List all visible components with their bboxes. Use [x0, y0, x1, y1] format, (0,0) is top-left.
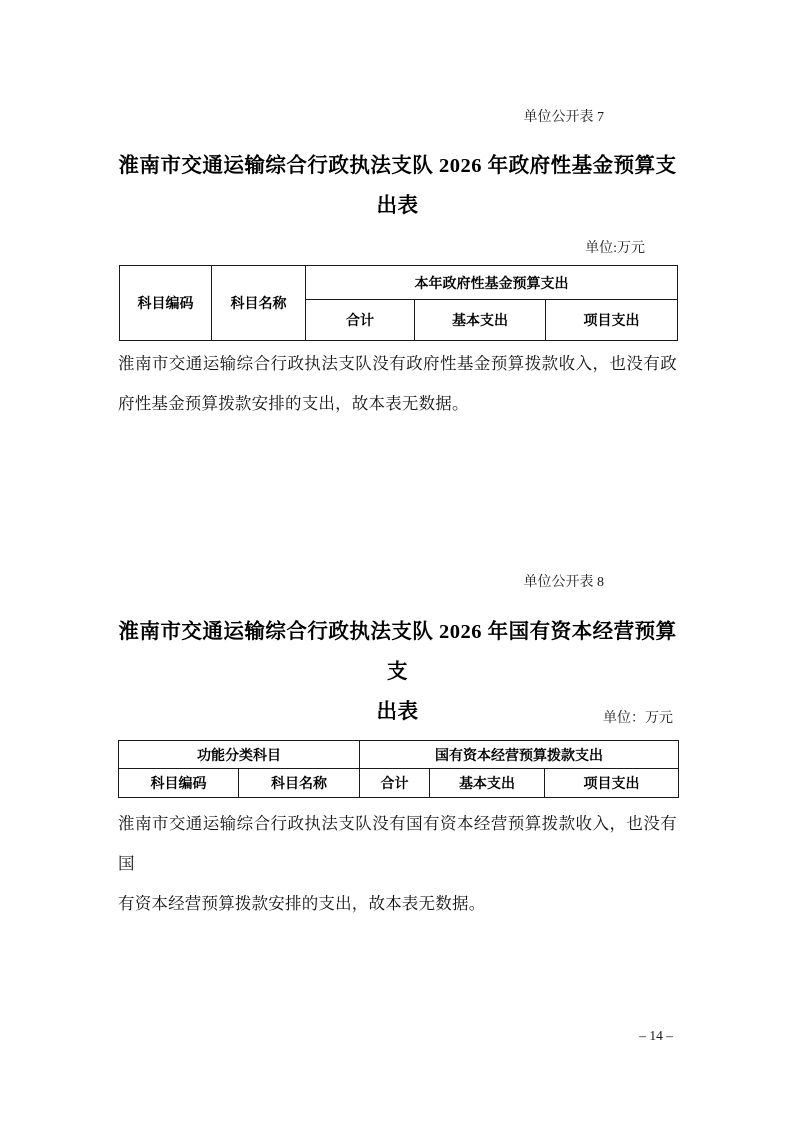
header-cell-subject-name: 科目名称 [212, 266, 306, 341]
sheet-label-7: 单位公开表 7 [524, 108, 605, 128]
gov-fund-note-paragraph: 淮南市交通运输综合行政执法支队没有政府性基金预算拨款收入，也没有政 府性基金预算… [118, 344, 677, 424]
state-capital-budget-table: 功能分类科目 国有资本经营预算拨款支出 科目编码 科目名称 合计 基本支出 项目… [118, 740, 679, 798]
header-cell-basic-expenditure: 基本支出 [415, 300, 546, 341]
header-cell-subject-code: 科目编码 [120, 266, 212, 341]
state-capital-note-line2: 有资本经营预算拨款安排的支出，故本表无数据。 [118, 884, 677, 924]
gov-fund-unit-label: 单位:万元 [585, 240, 645, 258]
gov-fund-table-title: 淮南市交通运输综合行政执法支队 2026 年政府性基金预算支 出表 [118, 146, 677, 226]
header-cell-gov-fund-group: 本年政府性基金预算支出 [306, 266, 678, 300]
header-cell-total: 合计 [360, 769, 430, 798]
state-capital-title-line2: 出表 [118, 692, 677, 732]
state-capital-unit-label: 单位：万元 [603, 710, 673, 728]
state-capital-note-line1: 淮南市交通运输综合行政执法支队没有国有资本经营预算拨款收入，也没有国 [118, 804, 677, 884]
state-capital-note-paragraph: 淮南市交通运输综合行政执法支队没有国有资本经营预算拨款收入，也没有国 有资本经营… [118, 804, 677, 924]
header-cell-subject-code: 科目编码 [119, 769, 239, 798]
gov-fund-title-line1: 淮南市交通运输综合行政执法支队 2026 年政府性基金预算支 [118, 146, 677, 186]
sheet-label-8: 单位公开表 8 [524, 573, 605, 593]
gov-fund-budget-table: 科目编码 科目名称 本年政府性基金预算支出 合计 基本支出 项目支出 [119, 265, 678, 341]
header-cell-project-expenditure: 项目支出 [546, 300, 678, 341]
gov-fund-title-line2: 出表 [118, 186, 677, 226]
header-cell-basic-expenditure: 基本支出 [430, 769, 545, 798]
gov-fund-note-line2: 府性基金预算拨款安排的支出，故本表无数据。 [118, 384, 677, 424]
header-cell-project-expenditure: 项目支出 [545, 769, 679, 798]
page-number: – 14 – [639, 1028, 673, 1044]
header-cell-total: 合计 [306, 300, 415, 341]
gov-fund-note-line1: 淮南市交通运输综合行政执法支队没有政府性基金预算拨款收入，也没有政 [118, 344, 677, 384]
state-capital-title-line1: 淮南市交通运输综合行政执法支队 2026 年国有资本经营预算支 [118, 612, 677, 692]
header-cell-state-capital-group: 国有资本经营预算拨款支出 [360, 741, 679, 769]
header-cell-function-classification-group: 功能分类科目 [119, 741, 360, 769]
header-cell-subject-name: 科目名称 [239, 769, 360, 798]
document-page: 单位公开表 7 淮南市交通运输综合行政执法支队 2026 年政府性基金预算支 出… [0, 0, 793, 1122]
state-capital-table-title: 淮南市交通运输综合行政执法支队 2026 年国有资本经营预算支 出表 [118, 612, 677, 732]
